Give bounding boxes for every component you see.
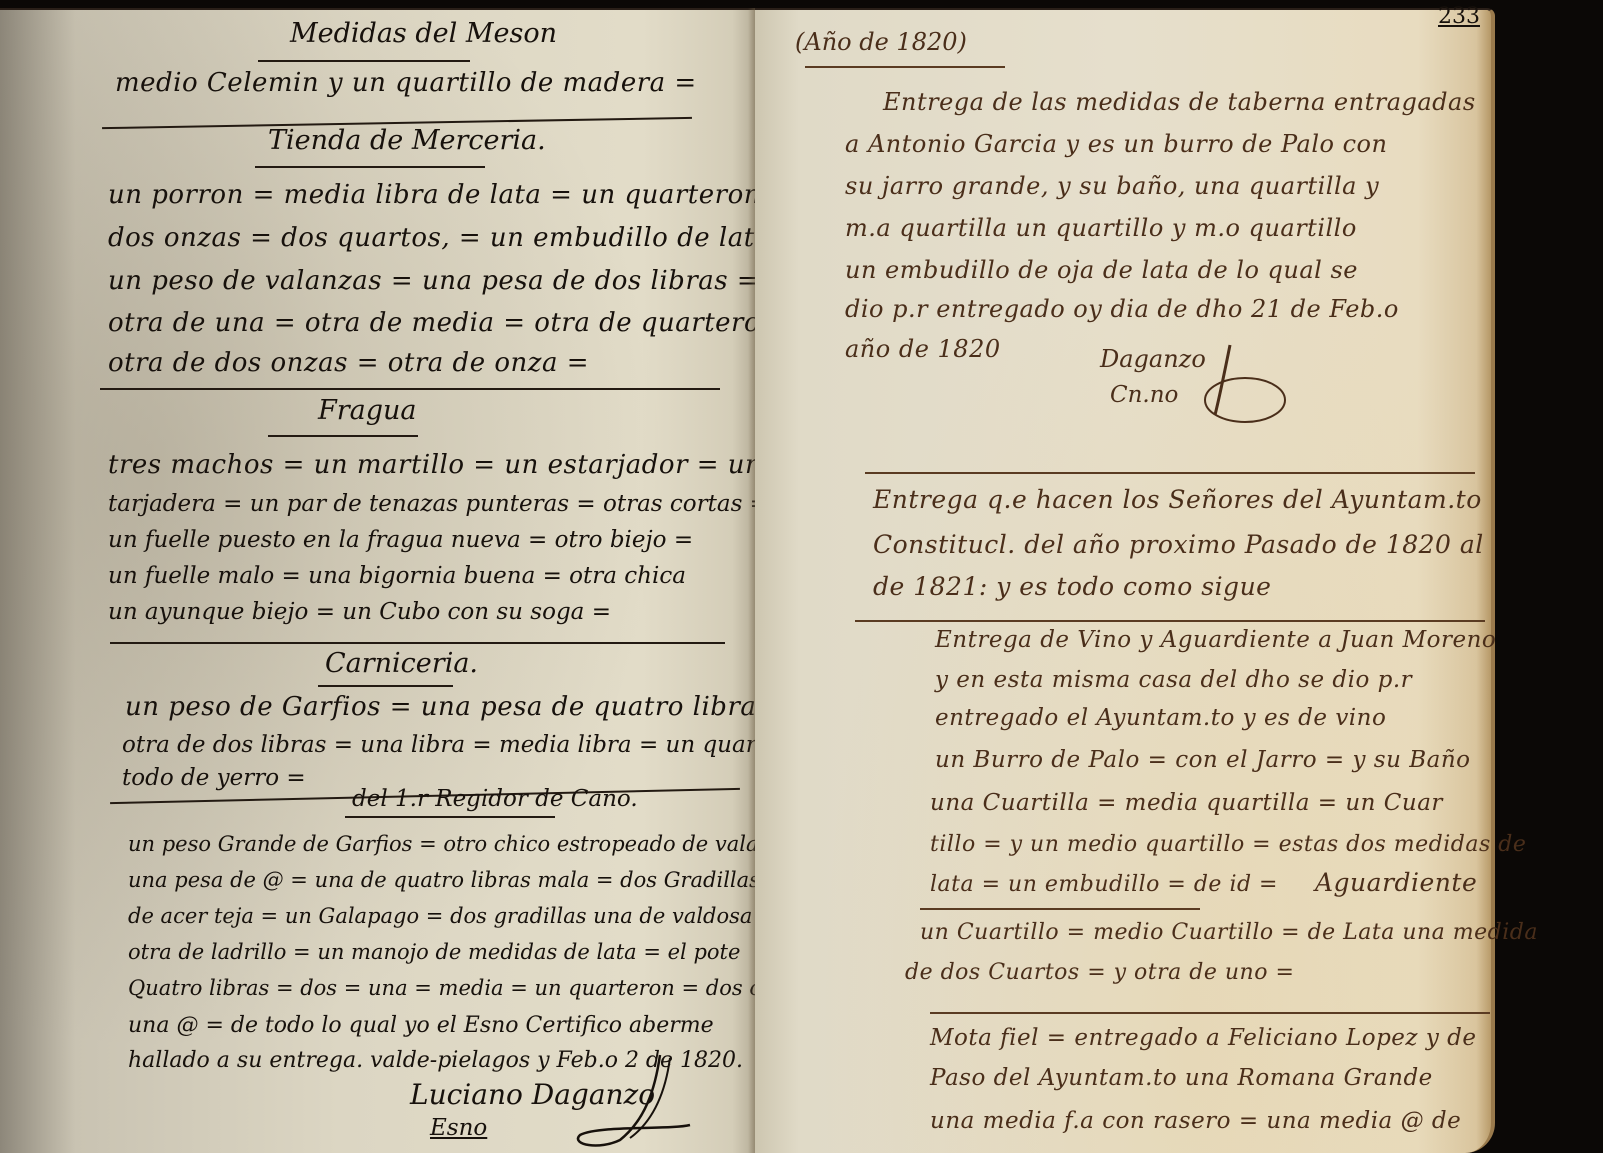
merceria-line-2: dos onzas = dos quartos, = un embudillo … bbox=[108, 223, 771, 253]
merceria-line-3: un peso de valanzas = una pesa de dos li… bbox=[108, 266, 759, 296]
regidor-line-2: una pesa de @ = una de quatro libras mal… bbox=[128, 868, 760, 892]
carniceria-line-3: todo de yerro = bbox=[122, 765, 306, 791]
regidor-line-4: otra de ladrillo = un manojo de medidas … bbox=[128, 940, 740, 964]
carniceria-line-1: un peso de Garfios = una pesa de quatro … bbox=[125, 692, 801, 722]
wavy-divider bbox=[865, 472, 1475, 474]
merceria-line-4: otra de una = otra de media = otra de qu… bbox=[108, 308, 808, 338]
regidor-line-1: un peso Grande de Garfios = otro chico e… bbox=[128, 832, 831, 856]
entry3-line-8: un Cuartillo = medio Cuartillo = de Lata… bbox=[920, 920, 1538, 945]
entry3-subheading-aguardiente: Aguardiente bbox=[1315, 868, 1477, 897]
heading-underline bbox=[345, 816, 555, 818]
meson-line-1: medio Celemin y un quartillo de madera = bbox=[115, 68, 697, 98]
signature-rubric-flourish-icon bbox=[560, 1050, 700, 1153]
merceria-line-1: un porron = media libra de lata = un qua… bbox=[108, 180, 792, 210]
regidor-line-3: de acer teja = un Galapago = dos gradill… bbox=[128, 904, 771, 928]
heading-fragua: Fragua bbox=[318, 395, 417, 426]
entry3-underline bbox=[920, 908, 1200, 910]
section-divider bbox=[100, 388, 720, 390]
right-page: 233 (Año de 1820) Entrega de las medidas… bbox=[755, 8, 1495, 1153]
heading-carniceria: Carniceria. bbox=[325, 648, 478, 679]
heading-tienda-de-merceria: Tienda de Merceria. bbox=[268, 125, 546, 156]
entry3-line-6: tillo = y un medio quartillo = estas dos… bbox=[930, 832, 1526, 857]
carniceria-line-2: otra de dos libras = una libra = media l… bbox=[122, 732, 846, 758]
page-number: 233 bbox=[1438, 4, 1480, 29]
entry1-line-6: dio p.r entregado oy dia de dho 21 de Fe… bbox=[845, 295, 1399, 323]
open-ledger-book: Medidas del Meson medio Celemin y un qua… bbox=[0, 8, 1603, 1153]
heading-medidas-del-meson: Medidas del Meson bbox=[290, 18, 557, 49]
entry3-line-2: y en esta misma casa del dho se dio p.r bbox=[935, 667, 1412, 693]
entry2-line-2: Constitucl. del año proximo Pasado de 18… bbox=[873, 530, 1484, 559]
entry4-line-1: Mota fiel = entregado a Feliciano Lopez … bbox=[930, 1025, 1476, 1051]
heading-underline bbox=[258, 60, 470, 62]
entry1-line-2: a Antonio Garcia y es un burro de Palo c… bbox=[845, 130, 1387, 158]
year-heading: (Año de 1820) bbox=[795, 28, 967, 56]
entry3-line-4: un Burro de Palo = con el Jarro = y su B… bbox=[935, 747, 1471, 773]
entry3-line-7: lata = un embudillo = de id = bbox=[930, 872, 1278, 897]
entry1-line-4: m.a quartilla un quartillo y m.o quartil… bbox=[845, 214, 1357, 242]
entry1-line-3: su jarro grande, y su baño, una quartill… bbox=[845, 172, 1379, 200]
entry4-line-3: una media f.a con rasero = una media @ d… bbox=[930, 1108, 1461, 1134]
fragua-line-2: tarjadera = un par de tenazas punteras =… bbox=[108, 491, 769, 517]
entry1-line-7: año de 1820 bbox=[845, 335, 1001, 363]
entry2-line-1: Entrega q.e hacen los Señores del Ayunta… bbox=[873, 485, 1482, 514]
year-heading-underline bbox=[805, 66, 1005, 68]
signature-title-esno: Esno bbox=[430, 1115, 487, 1141]
entry1-signature-note: Cn.no bbox=[1110, 382, 1178, 408]
section-divider bbox=[110, 642, 725, 644]
entry2-line-3: de 1821: y es todo como sigue bbox=[873, 572, 1271, 601]
fragua-line-4: un fuelle malo = una bigornia buena = ot… bbox=[108, 563, 686, 589]
wavy-divider bbox=[930, 1012, 1490, 1014]
entry1-rubric-flourish-icon bbox=[1185, 340, 1295, 430]
heading-underline bbox=[255, 166, 485, 168]
heading-underline bbox=[268, 435, 418, 437]
entry4-line-2: Paso del Ayuntam.to una Romana Grande bbox=[930, 1065, 1433, 1091]
entry1-line-5: un embudillo de oja de lata de lo qual s… bbox=[845, 256, 1358, 284]
entry1-line-1: Entrega de las medidas de taberna entrag… bbox=[883, 88, 1476, 116]
entry3-line-9: de dos Cuartos = y otra de uno = bbox=[905, 960, 1294, 985]
left-page: Medidas del Meson medio Celemin y un qua… bbox=[0, 8, 755, 1153]
heading-regidor-de-cano: del 1.r Regidor de Cano. bbox=[352, 786, 638, 812]
fragua-line-1: tres machos = un martillo = un estarjado… bbox=[108, 450, 778, 480]
fragua-line-3: un fuelle puesto en la fragua nueva = ot… bbox=[108, 527, 693, 553]
regidor-line-5: Quatro libras = dos = una = media = un q… bbox=[128, 976, 782, 1000]
entry3-line-3: entregado el Ayuntam.to y es de vino bbox=[935, 705, 1386, 731]
entry3-line-1: Entrega de Vino y Aguardiente a Juan Mor… bbox=[935, 627, 1496, 653]
entry3-line-5: una Cuartilla = media quartilla = un Cua… bbox=[930, 790, 1443, 816]
merceria-line-5: otra de dos onzas = otra de onza = bbox=[108, 348, 589, 378]
heading-underline bbox=[318, 685, 453, 687]
regidor-line-6: una @ = de todo lo qual yo el Esno Certi… bbox=[128, 1013, 714, 1038]
fragua-line-5: un ayunque biejo = un Cubo con su soga = bbox=[108, 599, 611, 625]
wavy-divider bbox=[855, 620, 1485, 622]
